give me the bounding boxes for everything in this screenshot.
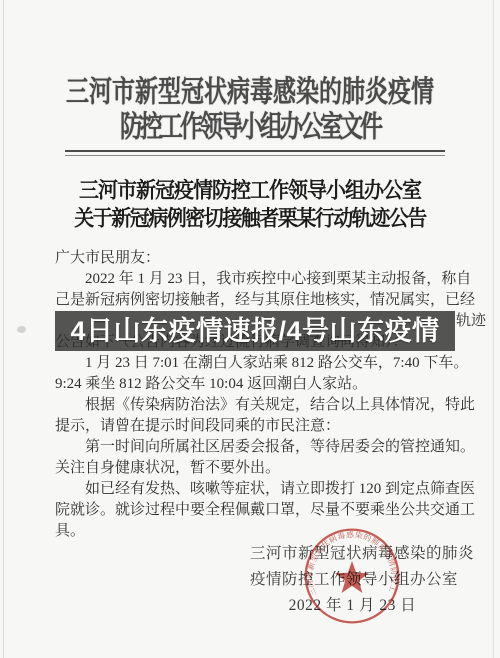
official-seal-stamp: 三河市新型冠状病毒感染的肺炎疫情防控工作领导小组办公室 [299, 524, 405, 628]
body-line: 9:24 乘坐 812 路公交车 10:04 返回潮白人家站。 [55, 374, 473, 395]
body-line: 己是新冠病例密切接触者，经与其原住地核实，情况属实，已经 [55, 290, 473, 311]
body-line: 1 月 23 日 7:01 在潮白人家站乘 812 路公交车，7:40 下车。 [55, 353, 473, 374]
body-line: 关注自身健康状况，暂不要外出。 [55, 458, 473, 479]
letterhead-title-line2: 防控工作领导小组办公室文件 [0, 107, 500, 145]
body-line: 提示，请曾在提示时间段同乘的市民注意： [55, 416, 473, 437]
notice-title-line2: 关于新冠病例密切接触者栗某行动轨迹公告 [0, 206, 500, 233]
body-line: 院就诊。就诊过程中要全程佩戴口罩，尽量不要乘坐公共交通工 [55, 500, 473, 521]
salutation: 广大市民朋友： [55, 248, 473, 269]
body-line: 根据《传染病防治法》有关规定，结合以上具体情况，特此 [55, 395, 473, 416]
body-line: 第一时间向所属社区居委会报备，等待居委会的管控通知。 [55, 437, 473, 458]
scan-smudge [17, 326, 26, 333]
letterhead-title-line1: 三河市新型冠状病毒感染的肺炎疫情 [0, 72, 500, 110]
stamp-star-icon [335, 561, 369, 593]
headline-overlay-text: 4日山东疫情速报/4号山东疫情 [70, 311, 439, 351]
notice-body: 广大市民朋友： 2022 年 1 月 23 日，我市疾控中心接到栗某主动报备，称… [55, 248, 473, 542]
body-line: 2022 年 1 月 23 日，我市疾控中心接到栗某主动报备，称自 [55, 269, 473, 290]
body-line: 如已经有发热、咳嗽等症状，请立即拨打 120 到定点筛查医 [55, 479, 473, 500]
obscured-line-visible-tail: 轨迹 [456, 311, 486, 332]
headline-overlay-banner: 4日山东疫情速报/4号山东疫情 [55, 311, 455, 351]
body-line: 具。 [55, 521, 473, 542]
document-page: 三河市新型冠状病毒感染的肺炎疫情 防控工作领导小组办公室文件 三河市新冠疫情防控… [0, 0, 500, 658]
letterhead-separator-rule [65, 150, 445, 156]
notice-title-line1: 三河市新冠疫情防控工作领导小组办公室 [0, 178, 500, 205]
